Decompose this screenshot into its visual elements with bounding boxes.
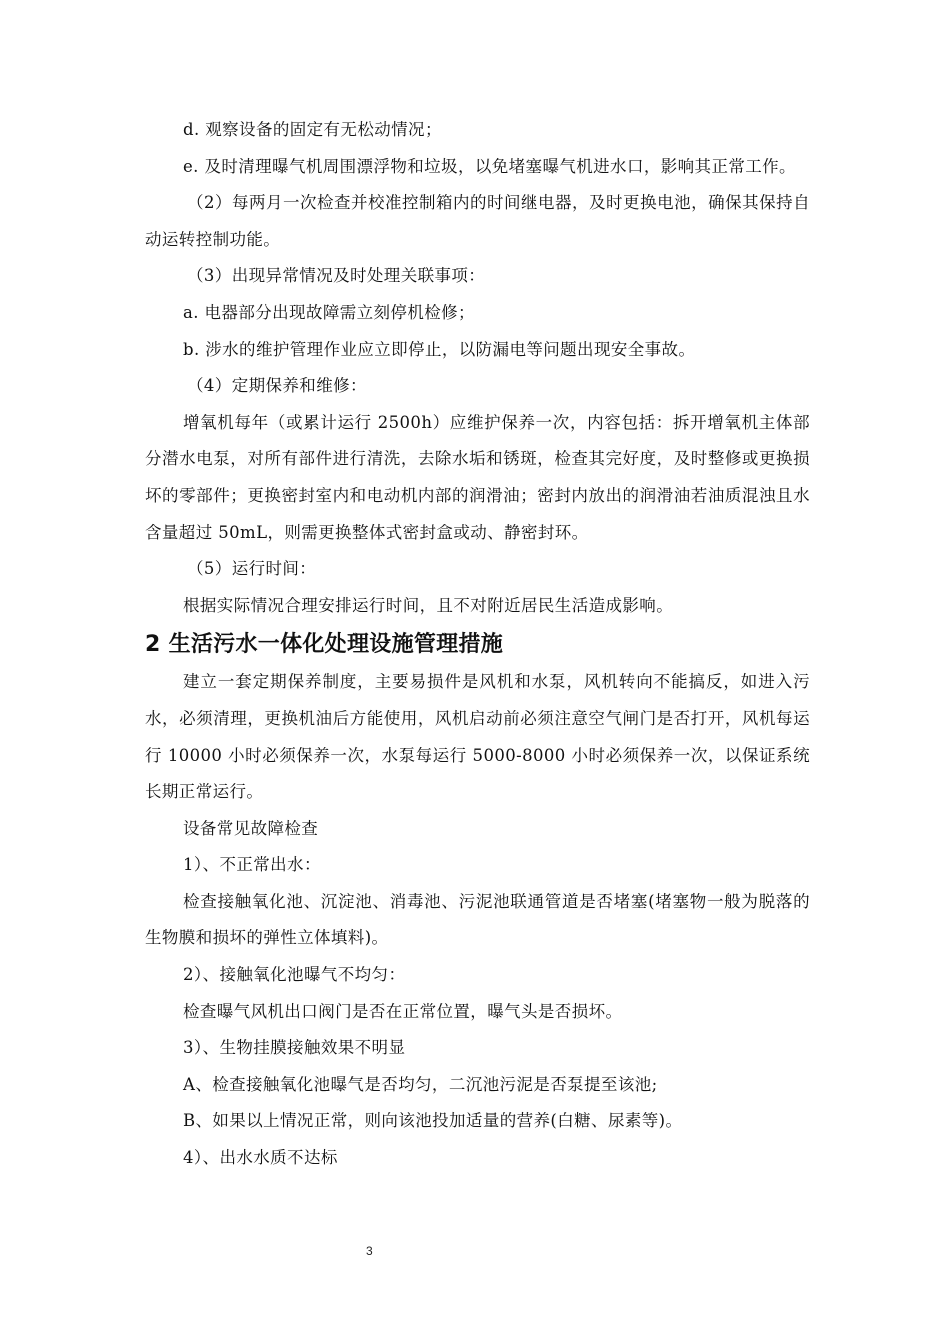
fault-3-item-a: A、检查接触氧化池曝气是否均匀，二沉池污泥是否泵提至该池; (145, 1067, 810, 1104)
run-time-paragraph: 根据实际情况合理安排运行时间，且不对附近居民生活造成影响。 (145, 588, 810, 625)
document-page: d. 观察设备的固定有无松动情况； e. 及时清理曝气机周围漂浮物和垃圾，以免堵… (145, 112, 810, 1177)
item-3-abnormal-handling: （3）出现异常情况及时处理关联事项： (145, 258, 810, 295)
list-item-d: d. 观察设备的固定有无松动情况； (145, 112, 810, 149)
item-4-maintenance: （4）定期保养和维修： (145, 368, 810, 405)
fault-check-title: 设备常见故障检查 (145, 811, 810, 848)
section2-intro-paragraph: 建立一套定期保养制度，主要易损件是风机和水泵，风机转向不能搞反，如进入污水，必须… (145, 664, 810, 810)
section-heading: 2 生活污水一体化处理设施管理措施 (145, 626, 810, 664)
fault-4-title: 4）、出水水质不达标 (145, 1140, 810, 1177)
fault-1-body: 检查接触氧化池、沉淀池、消毒池、污泥池联通管道是否堵塞(堵塞物一般为脱落的生物膜… (145, 884, 810, 957)
fault-1-title: 1）、不正常出水： (145, 847, 810, 884)
list-item-b: b. 涉水的维护管理作业应立即停止，以防漏电等问题出现安全事故。 (145, 332, 810, 369)
item-2-timer-relay: （2）每两月一次检查并校准控制箱内的时间继电器，及时更换电池，确保其保持自动运转… (145, 185, 810, 258)
list-item-a: a. 电器部分出现故障需立刻停机检修； (145, 295, 810, 332)
page-number: 3 (366, 1244, 373, 1258)
list-item-e: e. 及时清理曝气机周围漂浮物和垃圾，以免堵塞曝气机进水口，影响其正常工作。 (145, 149, 810, 186)
fault-2-title: 2）、接触氧化池曝气不均匀： (145, 957, 810, 994)
fault-3-title: 3）、生物挂膜接触效果不明显 (145, 1030, 810, 1067)
maintenance-paragraph: 增氧机每年（或累计运行 2500h）应维护保养一次，内容包括：拆开增氧机主体部分… (145, 405, 810, 551)
fault-3-item-b: B、如果以上情况正常，则向该池投加适量的营养(白糖、尿素等)。 (145, 1103, 810, 1140)
fault-2-body: 检查曝气风机出口阀门是否在正常位置，曝气头是否损坏。 (145, 994, 810, 1031)
item-5-run-time: （5）运行时间： (145, 551, 810, 588)
